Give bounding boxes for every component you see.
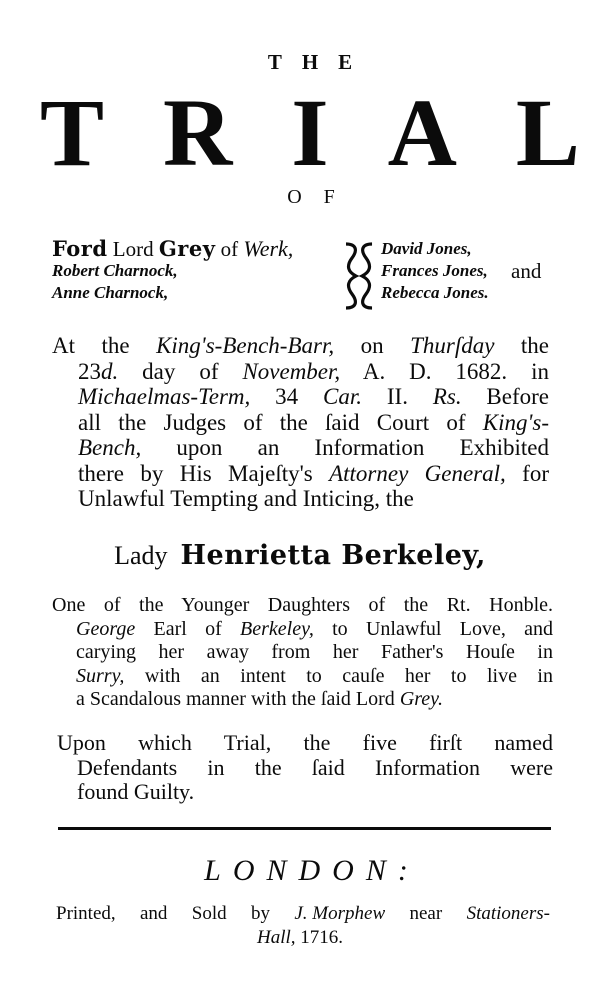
- text-segment: Before: [462, 384, 549, 409]
- defendants-conjunction: and: [511, 259, 541, 284]
- paragraph-line: Defendants in the ſaid Information were: [77, 756, 553, 781]
- paragraph-line: found Guilty.: [77, 780, 553, 805]
- double-brace-icon: [342, 240, 382, 312]
- imprint-year: 1716.: [300, 927, 343, 948]
- defendant-line-anne: Anne Charnock,: [52, 282, 293, 304]
- subject-description-paragraph: One of the Younger Daughters of the Rt. …: [52, 594, 553, 712]
- defendants-right: David Jones, Frances Jones, Rebecca Jone…: [381, 238, 489, 304]
- text-segment: Earl of: [135, 618, 240, 640]
- blackletter-forename: Ford: [52, 236, 108, 261]
- paragraph-line: At the King's-Bench-Barr, on Thurſday th…: [52, 333, 549, 359]
- heading-trial-letter: L: [516, 83, 580, 183]
- paragraph-line: Surry, with an intent to cauſe her to li…: [76, 665, 553, 689]
- text-segment: 23: [78, 359, 101, 384]
- text-segment: with an intent to cauſe her to live in: [124, 665, 553, 687]
- horizontal-divider: [58, 827, 551, 830]
- heading-trial-letter: A: [388, 83, 457, 183]
- imprint-word: Printed,: [56, 903, 116, 925]
- title-page: THE T R I A L OF Ford Lord Grey of Werk,…: [0, 0, 600, 982]
- text-segment: upon an Information Exhibited: [141, 435, 549, 460]
- text-segment: At the: [52, 333, 156, 358]
- printer-name: J. Morphew: [294, 903, 385, 925]
- paragraph-line: there by His Majeſty's Attorney General,…: [78, 461, 549, 487]
- italic-segment: Rs.: [433, 384, 462, 409]
- text-segment: to Unlawful Love, and: [314, 618, 553, 640]
- trial-description-paragraph: At the King's-Bench-Barr, on Thurſday th…: [52, 333, 549, 512]
- text-segment: 34: [250, 384, 323, 409]
- text-segment: carying her away from her Father's Houſe…: [76, 641, 553, 663]
- subject-name-blackletter: Henrietta Berkeley,: [181, 540, 486, 571]
- text-segment: on: [334, 333, 410, 358]
- text-segment: Unlawful Tempting and Inticing, the: [78, 486, 414, 511]
- subject-name-line: Lady Henrietta Berkeley,: [0, 540, 600, 571]
- heading-trial: T R I A L: [40, 83, 580, 183]
- italic-segment: Attorney General,: [329, 461, 506, 486]
- text-segment: there by His Majeſty's: [78, 461, 329, 486]
- paragraph-line: all the Judges of the ſaid Court of King…: [78, 410, 549, 436]
- imprint-word: Sold: [192, 903, 227, 925]
- text-segment: the: [494, 333, 549, 358]
- text-segment: for: [506, 461, 549, 486]
- italic-segment: November,: [242, 359, 340, 384]
- heading-trial-letter: I: [291, 83, 328, 183]
- paragraph-line: a Scandalous manner with the ſaid Lord G…: [76, 688, 553, 712]
- paragraph-line: George Earl of Berkeley, to Unlawful Lov…: [76, 618, 553, 642]
- paragraph-line: Upon which Trial, the five firſt named: [57, 731, 553, 756]
- blackletter-surname: Grey: [159, 236, 216, 261]
- imprint-word: near: [410, 903, 443, 925]
- paragraph-line: One of the Younger Daughters of the Rt. …: [52, 594, 553, 618]
- paragraph-line: Unlawful Tempting and Inticing, the: [78, 486, 549, 512]
- imprint-location: Stationers-: [467, 903, 550, 925]
- paragraph-line: Bench, upon an Information Exhibited: [78, 435, 549, 461]
- paragraph-line: carying her away from her Father's Houſe…: [76, 641, 553, 665]
- heading-the: THE: [0, 50, 600, 75]
- text-segment: a Scandalous manner with the ſaid Lord: [76, 688, 400, 710]
- heading-trial-letter: R: [163, 83, 232, 183]
- text-segment: A. D. 1682. in: [340, 359, 549, 384]
- defendant-line-frances: Frances Jones,: [381, 260, 489, 282]
- italic-place: Werk,: [243, 236, 293, 261]
- italic-segment: Thurſday: [410, 333, 494, 358]
- defendant-line-grey: Ford Lord Grey of Werk,: [52, 238, 293, 260]
- imprint-word: and: [140, 903, 167, 925]
- brace-glyphs: [342, 240, 370, 321]
- heading-trial-letter: T: [40, 83, 104, 183]
- italic-segment: Michaelmas-Term,: [78, 384, 250, 409]
- lady-prefix: Lady: [114, 541, 167, 570]
- italic-segment: Car.: [323, 384, 362, 409]
- imprint-line-1: Printed, and Sold by J. Morphew near Sta…: [56, 903, 550, 925]
- verdict-paragraph: Upon which Trial, the five firſt named D…: [57, 731, 553, 805]
- defendant-line-robert: Robert Charnock,: [52, 260, 293, 282]
- italic-segment: d.: [101, 359, 118, 384]
- italic-segment: Berkeley,: [240, 618, 314, 640]
- heading-of: OF: [0, 186, 600, 209]
- roman-text: of: [215, 237, 243, 261]
- defendants-left: Ford Lord Grey of Werk, Robert Charnock,…: [52, 238, 293, 304]
- italic-segment: Grey.: [400, 688, 443, 710]
- imprint-word: by: [251, 903, 270, 925]
- defendant-line-rebecca: Rebecca Jones.: [381, 282, 489, 304]
- roman-text: Lord: [108, 237, 159, 261]
- paragraph-line: Michaelmas-Term, 34 Car. II. Rs. Before: [78, 384, 549, 410]
- italic-segment: George: [76, 618, 135, 640]
- text-segment: One of the Younger Daughters of the Rt. …: [52, 594, 553, 616]
- italic-segment: King's-: [483, 410, 549, 435]
- italic-segment: King's-Bench-Barr,: [156, 333, 334, 358]
- imprint-city: LONDON:: [0, 854, 600, 888]
- italic-segment: Surry,: [76, 665, 124, 687]
- paragraph-line: 23d. day of November, A. D. 1682. in: [78, 359, 549, 385]
- text-segment: all the Judges of the ſaid Court of: [78, 410, 483, 435]
- defendant-line-david: David Jones,: [381, 238, 489, 260]
- imprint-line-2: Hall, 1716.: [0, 927, 600, 949]
- text-segment: day of: [118, 359, 242, 384]
- italic-segment: Bench,: [78, 435, 141, 460]
- imprint-location-hall: Hall,: [257, 927, 296, 948]
- text-segment: II.: [362, 384, 433, 409]
